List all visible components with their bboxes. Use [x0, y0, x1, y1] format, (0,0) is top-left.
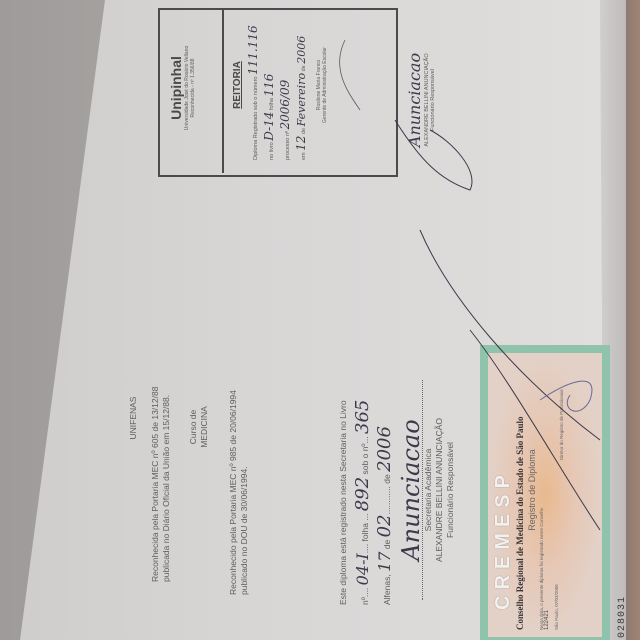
stamp-registry-number: 111.116: [246, 25, 260, 75]
recognition-2-line1: Reconhecido pela Portaria MEC nº 985 de …: [228, 390, 239, 595]
reg-day: 17: [375, 552, 394, 572]
book-number: 04-I: [353, 553, 372, 585]
number-label: sob o nº: [360, 443, 370, 474]
second-signer-role: Funcionário Responsável: [430, 35, 436, 165]
book-prefix: nº: [360, 597, 370, 605]
cremesp-signer-role: Diretor do Registro de Profissionais: [559, 350, 564, 630]
cremesp-serial-number: 028031: [617, 596, 628, 638]
stamp-day: 12: [294, 136, 308, 151]
registration-line1: Este diploma está registrado nesta Secre…: [338, 400, 349, 605]
place-prefix: Alfenas,: [382, 574, 392, 605]
reg-month: 02: [374, 514, 395, 537]
stamp-year: 2006: [295, 36, 308, 64]
stamp-page-label: folha: [269, 98, 275, 110]
stamp-line2: no livro D-14 folha 116: [262, 10, 276, 160]
page-number: 892: [352, 477, 373, 511]
of-label-1: de: [382, 540, 392, 549]
secretary-role: Funcionário Responsável: [445, 380, 456, 600]
stamp-year-of: de: [301, 65, 307, 71]
course-label: Curso de: [188, 382, 199, 472]
stamp-signer: Rosilene Maria Franco Gerente de Adminis…: [316, 10, 328, 160]
cremesp-subtitle: Registro de Diploma: [527, 350, 537, 630]
stamp-heading: REITORIA: [232, 10, 243, 160]
registration-line2: nº.... 04-I.... folha ... 892 sob o nº..…: [357, 400, 371, 605]
second-signature-scribble: Anunciacao: [405, 35, 424, 165]
stamp-date-prefix: em: [301, 152, 307, 160]
stamp-process-number: 2006/09: [278, 80, 292, 130]
stamp-line1-text: Diploma Registrado sob o número: [253, 77, 259, 160]
stamp-date-of: de: [301, 128, 307, 134]
secretary-title: Secretaria Acadêmica: [423, 380, 434, 600]
secretary-signature: Anunciacao: [400, 380, 423, 600]
reg-year: 2006: [374, 426, 395, 472]
stamp-book-label: no livro: [269, 142, 275, 160]
stamp-logo-sub2: Reconhecida - nº 1.356/88: [190, 18, 196, 158]
register-number: 365: [352, 400, 373, 434]
stamp-book-number: D-14: [262, 112, 276, 141]
cremesp-serial: 028031: [611, 596, 629, 638]
recognition-2-line2: publicado no DOU de 30/06/1994.: [239, 390, 250, 595]
stamp-line3: processo nº 2006/09: [278, 10, 292, 160]
secretary-name: ALEXANDRE BELLINI ANUNCIAÇÃO: [434, 380, 445, 600]
recognition-1-line2: publicada no Diário Oficial da União em …: [161, 387, 172, 582]
cremesp-text: CREMESP Conselho Regional de Medicina do…: [492, 350, 564, 630]
stamp-line4: em 12 de Fevereiro de 2006: [294, 10, 308, 160]
stamp-month: Fevereiro: [295, 73, 308, 126]
course-block: Curso de MEDICINA: [188, 382, 210, 472]
stamp-divider: [222, 8, 224, 173]
stamp-logo: Unipinhal: [168, 18, 184, 158]
stamp-page-number: 116: [262, 74, 276, 97]
stamp-signer-role: Gerente de Administração Escolar: [322, 10, 328, 160]
registration-block: Este diploma está registrado nesta Secre…: [338, 400, 393, 605]
table-edge: [626, 0, 640, 640]
stamp-line1: Diploma Registrado sob o número 111.116: [246, 10, 260, 160]
registration-line3: Alfenas, 17 de 02............ de 2006: [379, 400, 393, 605]
secretary-block: Anunciacao Secretaria Acadêmica ALEXANDR…: [400, 380, 456, 600]
institution-header: UNIFENAS: [128, 358, 139, 478]
recognition-1: Reconhecida pela Portaria MEC nº 605 de …: [150, 387, 172, 582]
cremesp-reg-number: 122421: [544, 350, 550, 630]
course-name: MEDICINA: [199, 382, 210, 472]
recognition-2: Reconhecido pela Portaria MEC nº 985 de …: [228, 390, 250, 595]
cremesp-title: Conselho Regional de Medicina do Estado …: [515, 350, 525, 630]
stamp-logo-block: Unipinhal Universidade José do Rosário V…: [168, 18, 196, 158]
second-signature-block: Anunciacao ALEXANDRE BELLINI ANUNCIAÇÃO …: [405, 35, 436, 165]
stamp-process-label: processo nº: [285, 131, 291, 160]
stamp-right-block: REITORIA Diploma Registrado sob o número…: [232, 10, 328, 160]
recognition-1-line1: Reconhecida pela Portaria MEC nº 605 de …: [150, 387, 161, 582]
page-label: folha: [360, 523, 370, 541]
cremesp-logo: CREMESP: [492, 350, 515, 630]
of-label-2: de: [382, 474, 392, 483]
